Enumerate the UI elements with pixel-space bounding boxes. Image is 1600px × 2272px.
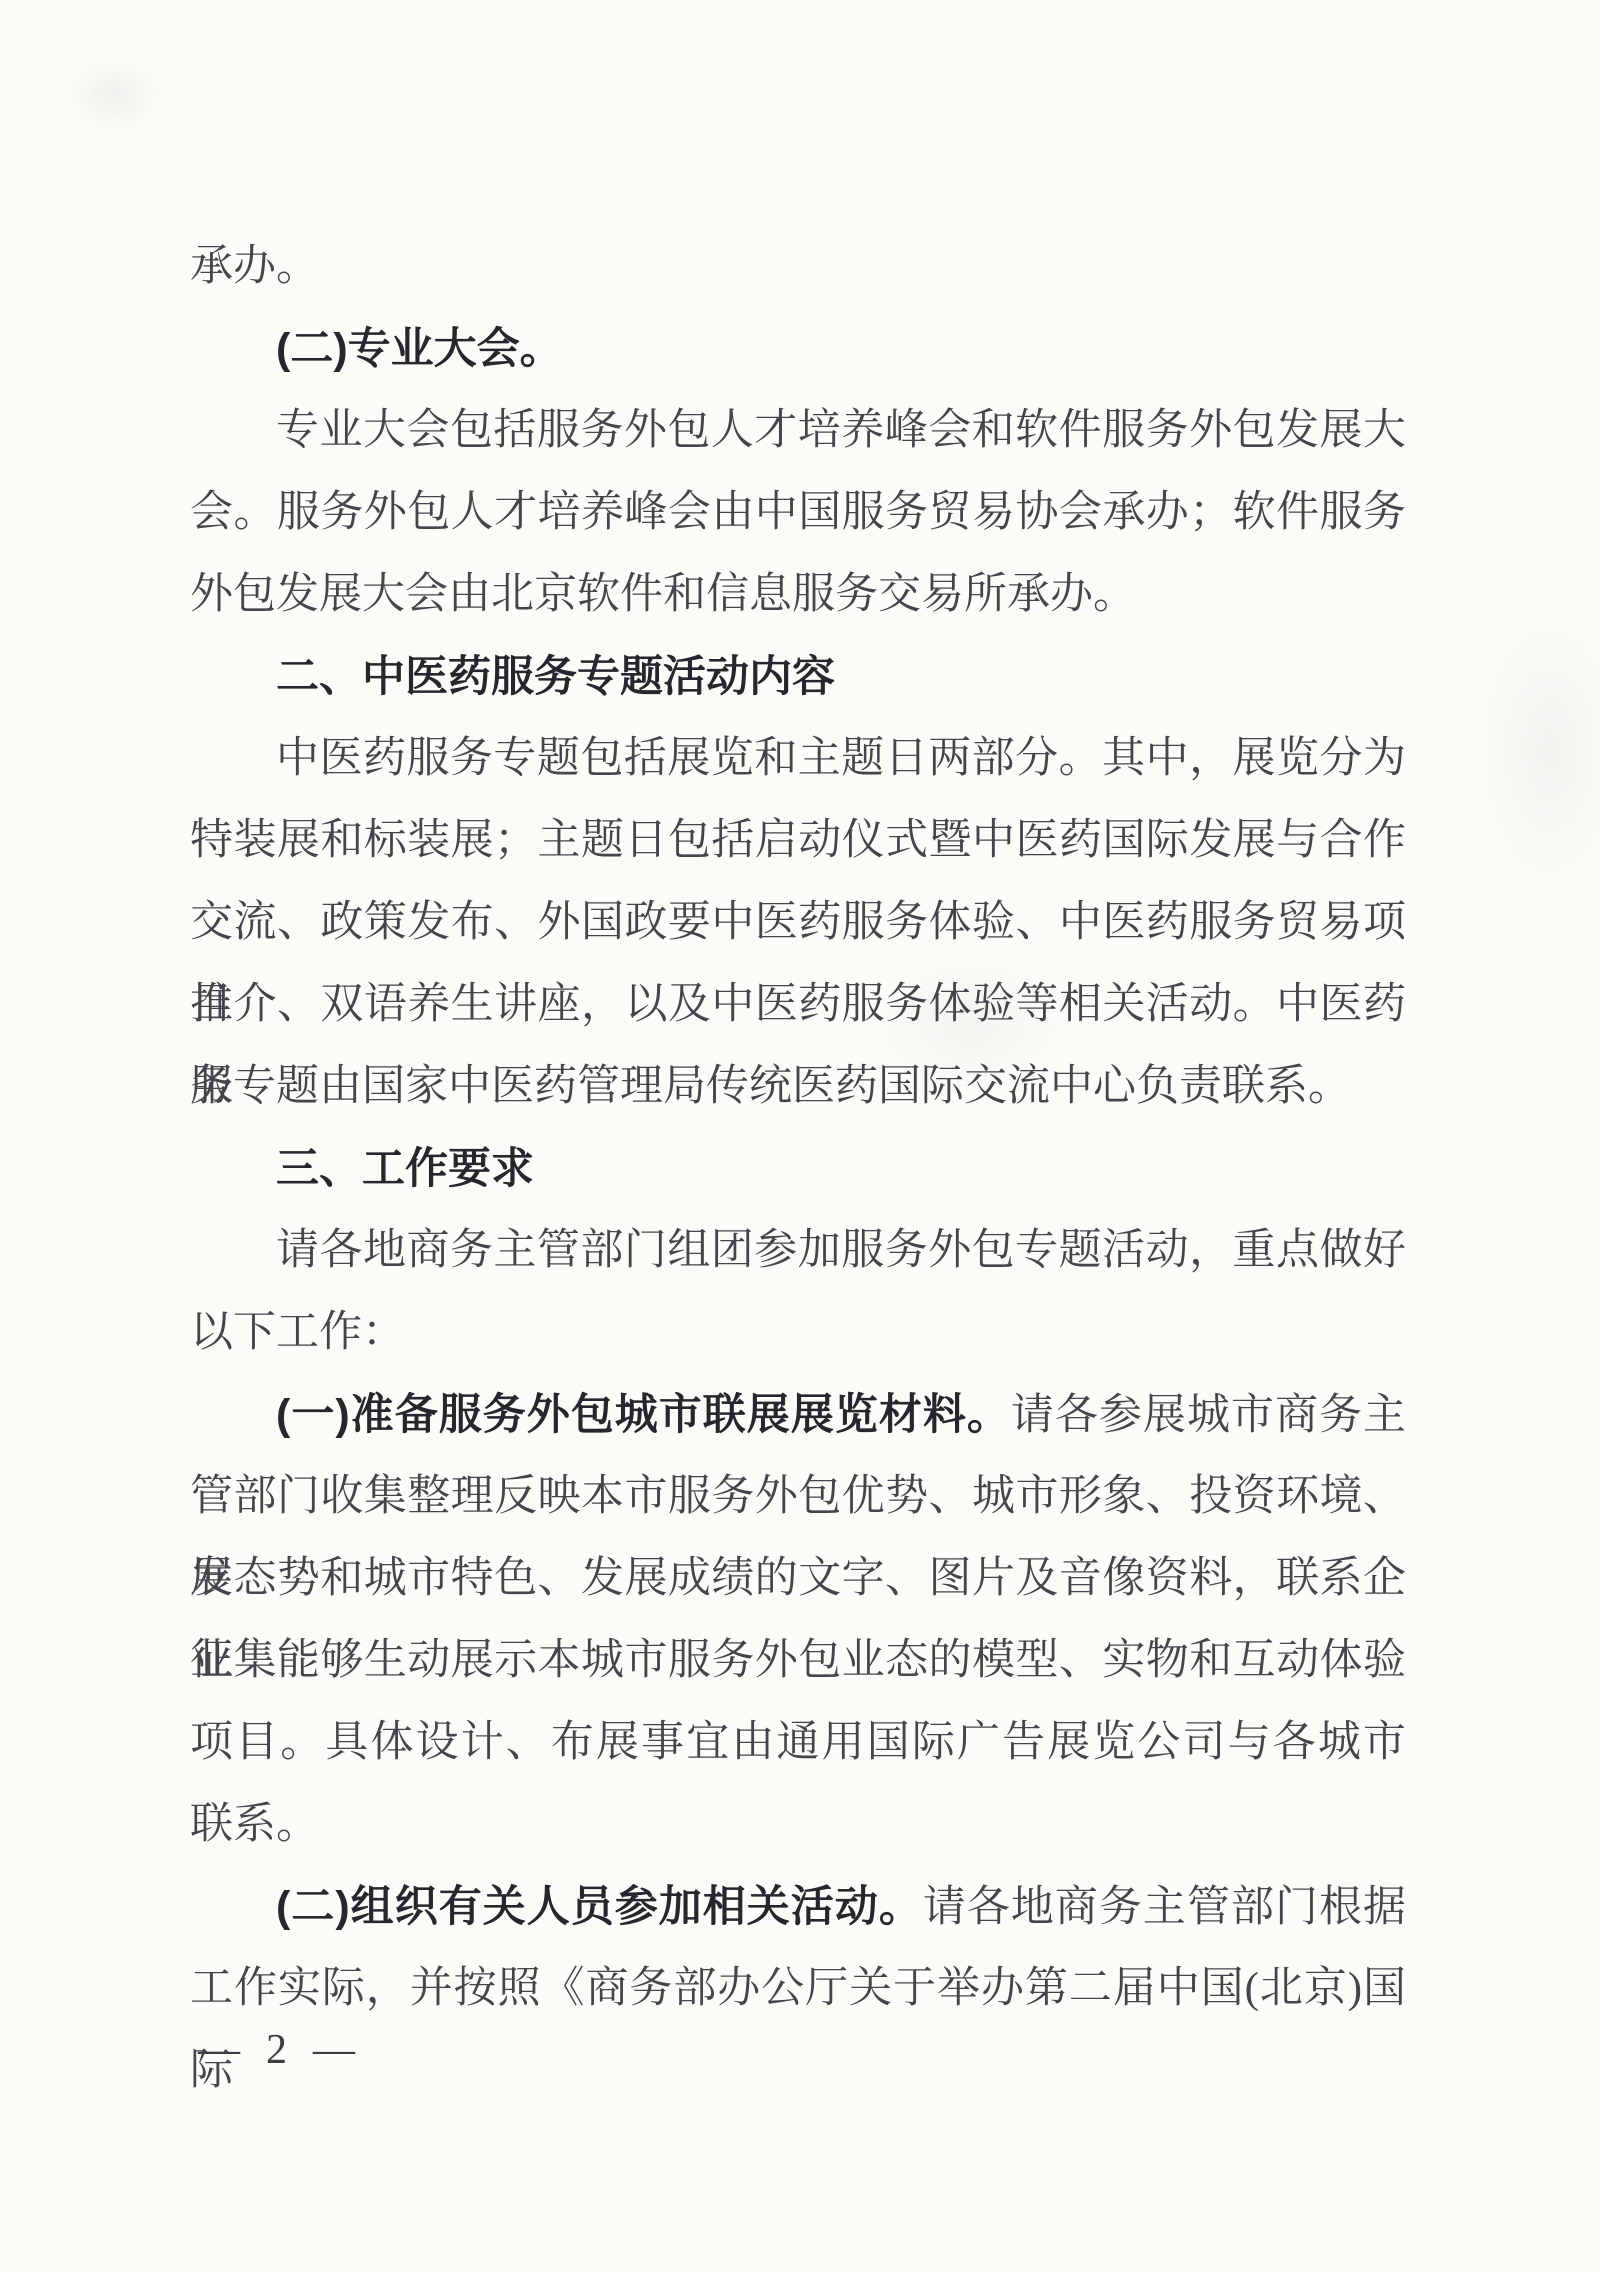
footer-page-number: 2	[266, 2026, 287, 2074]
text-line: 务专题由国家中医药管理局传统医药国际交流中心负责联系。	[190, 1046, 1406, 1128]
text-line: 管部门收集整理反映本市服务外包优势、城市形象、投资环境、发	[190, 1456, 1406, 1538]
page-footer: — 2 —	[198, 2026, 355, 2074]
body-text: 务专题由国家中医药管理局传统医药国际交流中心负责联系。	[190, 1063, 1351, 1110]
text-line: 联系。	[190, 1784, 1406, 1866]
body-text: 联系。	[190, 1801, 319, 1848]
text-line: 特装展和标装展；主题日包括启动仪式暨中医药国际发展与合作	[190, 800, 1406, 882]
body-text: 请各参展城市商务主	[1011, 1392, 1406, 1439]
text-line: 展态势和城市特色、发展成绩的文字、图片及音像资料，联系企业	[190, 1538, 1406, 1620]
text-line: 征集能够生动展示本城市服务外包业态的模型、实物和互动体验	[190, 1620, 1406, 1702]
heading-text: (一)准备服务外包城市联展展览材料。	[276, 1391, 1011, 1439]
heading-text: 二、中医药服务专题活动内容	[276, 653, 835, 701]
body-text: 项目。具体设计、布展事宜由通用国际广告展览公司与各城市	[190, 1719, 1406, 1766]
body-text: 特装展和标装展；主题日包括启动仪式暨中医药国际发展与合作	[190, 817, 1406, 864]
body-text: 以下工作：	[190, 1309, 405, 1356]
text-line: 交流、政策发布、外国政要中医药服务体验、中医药服务贸易项目	[190, 882, 1406, 964]
heading-text: (二)组织有关人员参加相关活动。	[276, 1883, 923, 1931]
document-page: 承办。(二)专业大会。专业大会包括服务外包人才培养峰会和软件服务外包发展大会。服…	[0, 0, 1600, 2272]
text-line: 项目。具体设计、布展事宜由通用国际广告展览公司与各城市	[190, 1702, 1406, 1784]
text-line: 中医药服务专题包括展览和主题日两部分。其中，展览分为	[190, 718, 1406, 800]
body-text: 请各地商务主管部门组团参加服务外包专题活动，重点做好	[276, 1227, 1406, 1274]
text-line: 以下工作：	[190, 1292, 1406, 1374]
text-line: 会。服务外包人才培养峰会由中国服务贸易协会承办；软件服务	[190, 472, 1406, 554]
text-line: 承办。	[190, 226, 1406, 308]
body-text: 工作实际，并按照《商务部办公厅关于举办第二届中国(北京)国际	[190, 1965, 1406, 2094]
body-text: 征集能够生动展示本城市服务外包业态的模型、实物和互动体验	[190, 1637, 1406, 1684]
text-line: (一)准备服务外包城市联展展览材料。请各参展城市商务主	[190, 1374, 1406, 1456]
body-text: 专业大会包括服务外包人才培养峰会和软件服务外包发展大	[276, 407, 1406, 454]
text-line: (二)专业大会。	[190, 308, 1406, 390]
text-line: 三、工作要求	[190, 1128, 1406, 1210]
footer-dash-left: —	[198, 2026, 240, 2074]
text-line: 工作实际，并按照《商务部办公厅关于举办第二届中国(北京)国际	[190, 1948, 1406, 2030]
footer-dash-right: —	[313, 2026, 355, 2074]
scan-smudge	[70, 60, 160, 130]
scan-smudge	[1480, 620, 1600, 880]
text-line: 专业大会包括服务外包人才培养峰会和软件服务外包发展大	[190, 390, 1406, 472]
text-line: 二、中医药服务专题活动内容	[190, 636, 1406, 718]
text-line: 外包发展大会由北京软件和信息服务交易所承办。	[190, 554, 1406, 636]
body-text: 中医药服务专题包括展览和主题日两部分。其中，展览分为	[276, 735, 1406, 782]
document-body: 承办。(二)专业大会。专业大会包括服务外包人才培养峰会和软件服务外包发展大会。服…	[190, 226, 1406, 2030]
text-line: 推介、双语养生讲座，以及中医药服务体验等相关活动。中医药服	[190, 964, 1406, 1046]
body-text: 请各地商务主管部门根据	[923, 1884, 1406, 1931]
text-line: 请各地商务主管部门组团参加服务外包专题活动，重点做好	[190, 1210, 1406, 1292]
text-line: (二)组织有关人员参加相关活动。请各地商务主管部门根据	[190, 1866, 1406, 1948]
body-text: 会。服务外包人才培养峰会由中国服务贸易协会承办；软件服务	[190, 489, 1406, 536]
body-text: 外包发展大会由北京软件和信息服务交易所承办。	[190, 571, 1136, 618]
heading-text: (二)专业大会。	[276, 325, 563, 373]
heading-text: 三、工作要求	[276, 1145, 534, 1193]
body-text: 承办。	[190, 243, 319, 290]
